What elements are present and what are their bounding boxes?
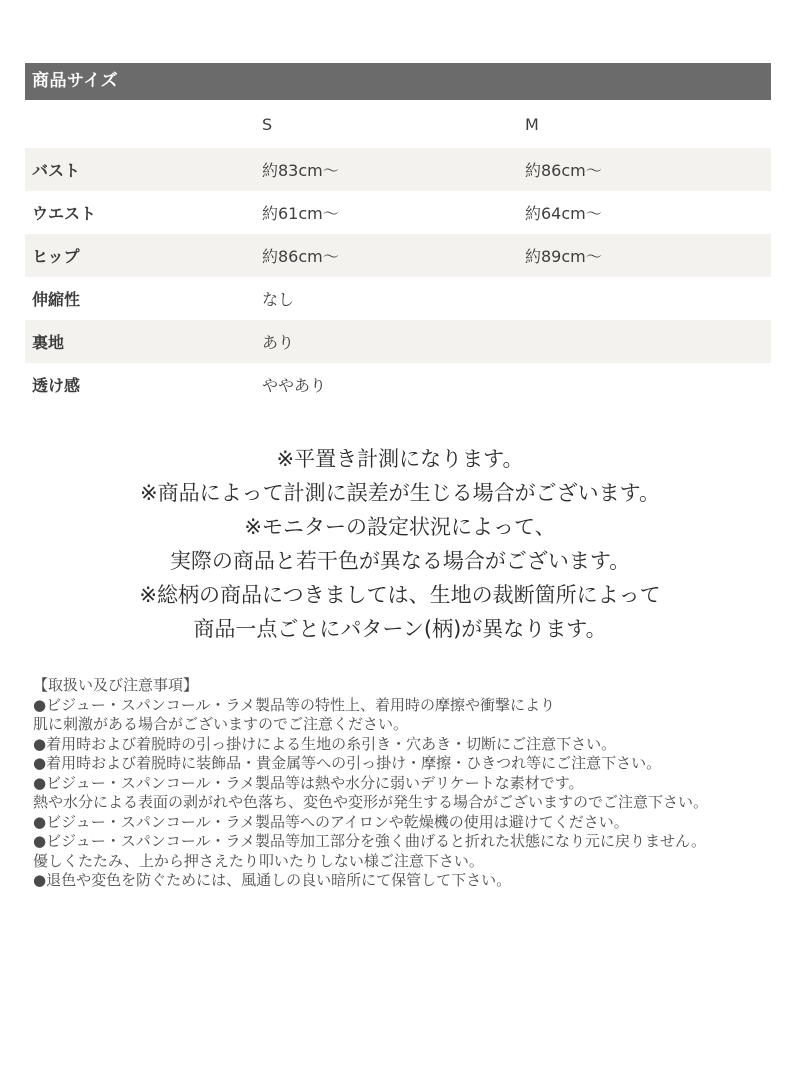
column-header-s: S xyxy=(262,115,525,134)
content-area: 商品サイズ S M バスト 約83cm〜 約86cm〜 ウエスト 約61cm〜 … xyxy=(0,0,800,891)
size-value-m: 約86cm〜 xyxy=(525,158,771,181)
size-value-s: なし xyxy=(262,287,525,310)
product-detail-page: 商品サイズ S M バスト 約83cm〜 約86cm〜 ウエスト 約61cm〜 … xyxy=(0,0,800,1067)
care-line: ●ビジュー・スパンコール・ラメ製品等へのアイロンや乾燥機の使用は避けてください。 xyxy=(33,813,790,833)
size-value-s: 約61cm〜 xyxy=(262,201,525,224)
care-instructions-section: 【取扱い及び注意事項】 ●ビジュー・スパンコール・ラメ製品等の特性上、着用時の摩… xyxy=(33,676,790,891)
column-header-m: M xyxy=(525,115,771,134)
care-line: ●着用時および着脱時に装飾品・貴金属等への引っ掛け・摩擦・ひきつれ等にご注意下さ… xyxy=(33,754,790,774)
size-label: 裏地 xyxy=(25,330,262,353)
measurement-notes: ※平置き計測になります。 ※商品によって計測に誤差が生じる場合がございます。 ※… xyxy=(0,442,800,646)
table-row: 裏地 あり xyxy=(25,320,771,363)
note-line: 実際の商品と若干色が異なる場合がございます。 xyxy=(0,544,800,578)
size-value-s: 約86cm〜 xyxy=(262,244,525,267)
care-line: ●ビジュー・スパンコール・ラメ製品等の特性上、着用時の摩擦や衝撃により xyxy=(33,696,790,716)
table-row: ヒップ 約86cm〜 約89cm〜 xyxy=(25,234,771,277)
care-line: 優しくたたみ、上から押さえたり叩いたりしない様ご注意下さい。 xyxy=(33,852,790,872)
note-line: ※モニターの設定状況によって、 xyxy=(0,510,800,544)
care-heading: 【取扱い及び注意事項】 xyxy=(33,676,790,696)
care-line: 熱や水分による表面の剥がれや色落ち、変色や変形が発生する場合がございますのでご注… xyxy=(33,793,790,813)
care-line: ●着用時および着脱時の引っ掛けによる生地の糸引き・穴あき・切断にご注意下さい。 xyxy=(33,735,790,755)
note-line: ※商品によって計測に誤差が生じる場合がございます。 xyxy=(0,476,800,510)
size-chart-section: 商品サイズ S M バスト 約83cm〜 約86cm〜 ウエスト 約61cm〜 … xyxy=(25,63,771,406)
size-value-m: 約64cm〜 xyxy=(525,201,771,224)
care-line: ●ビジュー・スパンコール・ラメ製品等は熱や水分に弱いデリケートな素材です。 xyxy=(33,774,790,794)
size-value-s: ややあり xyxy=(262,373,525,396)
care-line: ●退色や変色を防ぐためには、風通しの良い暗所にて保管して下さい。 xyxy=(33,871,790,891)
size-value-m: 約89cm〜 xyxy=(525,244,771,267)
size-label: 伸縮性 xyxy=(25,287,262,310)
size-label: ウエスト xyxy=(25,201,262,224)
note-line: ※平置き計測になります。 xyxy=(0,442,800,476)
size-section-title: 商品サイズ xyxy=(25,63,771,100)
size-label: ヒップ xyxy=(25,244,262,267)
size-table-header-row: S M xyxy=(25,100,771,148)
size-label: バスト xyxy=(25,158,262,181)
note-line: ※総柄の商品につきましては、生地の裁断箇所によって xyxy=(0,578,800,612)
size-label: 透け感 xyxy=(25,373,262,396)
size-value-s: 約83cm〜 xyxy=(262,158,525,181)
table-row: バスト 約83cm〜 約86cm〜 xyxy=(25,148,771,191)
table-row: ウエスト 約61cm〜 約64cm〜 xyxy=(25,191,771,234)
size-value-s: あり xyxy=(262,330,525,353)
table-row: 透け感 ややあり xyxy=(25,363,771,406)
table-row: 伸縮性 なし xyxy=(25,277,771,320)
note-line: 商品一点ごとにパターン(柄)が異なります。 xyxy=(0,612,800,646)
care-line: ●ビジュー・スパンコール・ラメ製品等加工部分を強く曲げると折れた状態になり元に戻… xyxy=(33,832,790,852)
care-line: 肌に刺激がある場合がございますのでご注意ください。 xyxy=(33,715,790,735)
